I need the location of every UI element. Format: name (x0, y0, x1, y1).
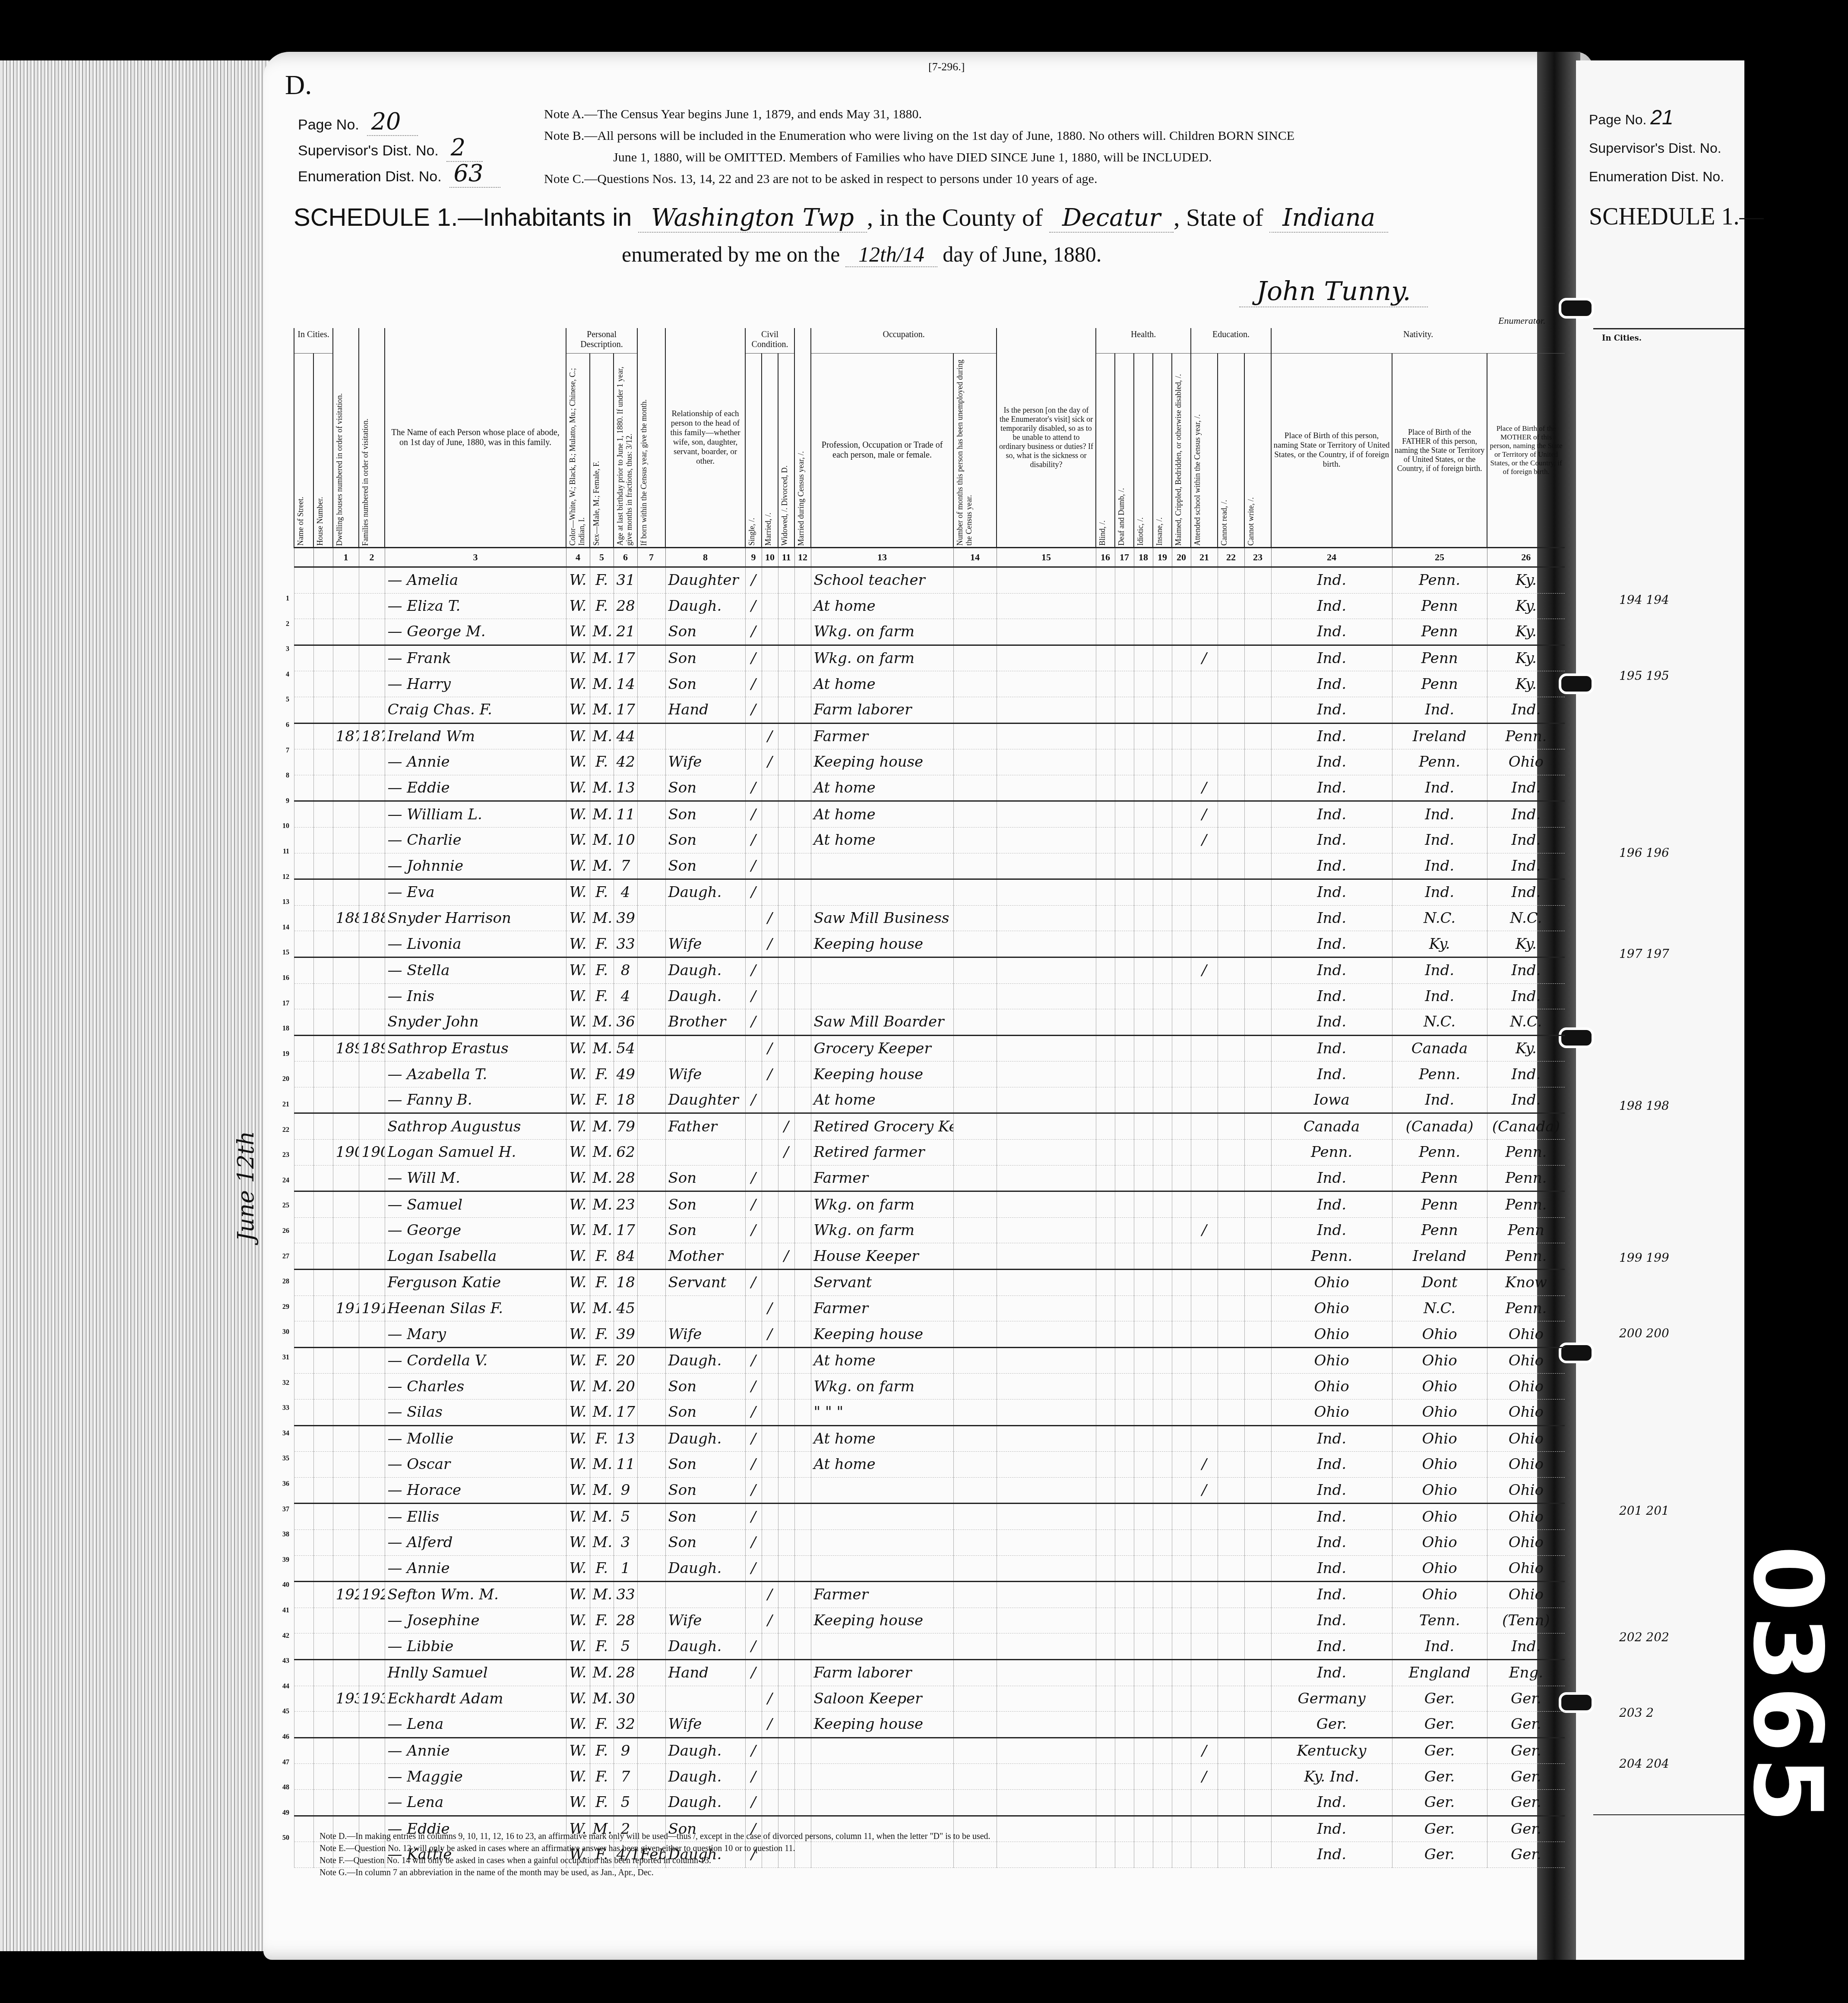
widowed-cell (778, 1165, 794, 1191)
maimed-cell (1172, 983, 1191, 1009)
mother-birth-cell: Ind. (1487, 957, 1565, 983)
cannot-write-cell (1244, 645, 1271, 671)
house-cell (313, 957, 333, 983)
sex-cell: F. (590, 593, 614, 619)
age-cell: 32 (614, 1712, 637, 1738)
age-cell: 11 (614, 801, 637, 828)
occupation-cell: House Keeper (811, 1243, 953, 1270)
dwelling-cell (333, 1217, 359, 1243)
dwelling-cell: 189 (333, 1035, 359, 1062)
insane-cell (1153, 1140, 1172, 1166)
color-cell: W. (566, 1035, 590, 1062)
blind-cell (1096, 1686, 1115, 1712)
married-year-cell (794, 1087, 811, 1113)
idiotic-cell (1134, 1764, 1153, 1790)
maimed-cell (1172, 1764, 1191, 1790)
school-cell (1191, 1529, 1218, 1555)
born-month-cell (637, 1633, 665, 1660)
relationship-cell: Daugh. (665, 957, 745, 983)
header-house: House Number. (313, 354, 333, 548)
house-cell (313, 593, 333, 619)
note-a: Note A.—The Census Year begins June 1, 1… (544, 104, 1494, 125)
father-birth-cell: Penn (1392, 645, 1487, 671)
idiotic-cell (1134, 1686, 1153, 1712)
single-cell: / (745, 801, 762, 828)
school-cell (1191, 1608, 1218, 1633)
table-row: — EvaW.F.4Daugh./Ind.Ind.Ind. (294, 879, 1565, 906)
insane-cell (1153, 671, 1172, 697)
table-row: — JosephineW.F.28Wife/Keeping houseInd.T… (294, 1608, 1565, 1633)
school-cell (1191, 1321, 1218, 1348)
census-table: In Cities. Dwelling houses numbered in o… (294, 328, 1546, 1868)
insane-cell (1153, 1321, 1172, 1348)
relationship-cell: Son (665, 1191, 745, 1218)
married-cell (762, 1789, 778, 1816)
name-cell: — Johnnie (385, 853, 566, 879)
line-number: 14 (276, 924, 289, 932)
mother-birth-cell: Penn. (1487, 1295, 1565, 1321)
married-year-cell (794, 749, 811, 775)
column-number: 9 (745, 548, 762, 567)
name-cell: — Mollie (385, 1425, 566, 1452)
blind-cell (1096, 1712, 1115, 1738)
street-cell (294, 1347, 313, 1374)
house-cell (313, 697, 333, 723)
widowed-cell: / (778, 1243, 794, 1270)
single-cell (745, 749, 762, 775)
unemployed-cell (953, 827, 997, 853)
sick-cell (997, 1425, 1096, 1452)
sick-cell (997, 1764, 1096, 1790)
enum-suffix: day of June, 1880. (943, 242, 1101, 266)
birth-place-cell: Ohio (1271, 1321, 1392, 1348)
adjacent-supervisor-label: Supervisor's Dist. No. (1589, 134, 1724, 162)
school-cell (1191, 1295, 1218, 1321)
sick-cell (997, 853, 1096, 879)
blind-cell (1096, 1165, 1115, 1191)
column-number: 15 (997, 548, 1096, 567)
house-cell (313, 1659, 333, 1686)
color-cell: W. (566, 1686, 590, 1712)
blind-cell (1096, 1764, 1115, 1790)
line-number: 12 (276, 873, 289, 881)
column-number: 7 (637, 548, 665, 567)
birth-place-cell: Ind. (1271, 671, 1392, 697)
name-cell: — Oscar (385, 1452, 566, 1478)
widowed-cell (778, 905, 794, 931)
widowed-cell (778, 931, 794, 957)
married-cell: / (762, 1295, 778, 1321)
family-cell (359, 671, 385, 697)
maimed-cell (1172, 879, 1191, 906)
street-cell (294, 853, 313, 879)
house-cell (313, 1347, 333, 1374)
dwelling-cell (333, 1712, 359, 1738)
deaf-cell (1115, 1582, 1134, 1608)
relationship-cell: Son (665, 1529, 745, 1555)
color-cell: W. (566, 1582, 590, 1608)
idiotic-cell (1134, 957, 1153, 983)
cannot-write-cell (1244, 749, 1271, 775)
idiotic-cell (1134, 1295, 1153, 1321)
birth-place-cell: Ind. (1271, 1789, 1392, 1816)
maimed-cell (1172, 619, 1191, 645)
father-birth-cell: Penn (1392, 1191, 1487, 1218)
maimed-cell (1172, 567, 1191, 594)
maimed-cell (1172, 931, 1191, 957)
sick-cell (997, 1217, 1096, 1243)
married-year-cell (794, 1425, 811, 1452)
column-number: 23 (1244, 548, 1271, 567)
age-cell: 3 (614, 1529, 637, 1555)
street-cell (294, 983, 313, 1009)
dwelling-cell: 187 (333, 723, 359, 749)
mother-birth-cell: (Canada) (1487, 1113, 1565, 1140)
widowed-cell (778, 775, 794, 801)
birth-place-cell: Ind. (1271, 1633, 1392, 1660)
insane-cell (1153, 1374, 1172, 1400)
deaf-cell (1115, 1270, 1134, 1296)
cannot-read-cell (1218, 697, 1244, 723)
unemployed-cell (953, 931, 997, 957)
table-row: — AnnieW.F.42Wife/Keeping houseInd.Penn.… (294, 749, 1565, 775)
occupation-cell: Wkg. on farm (811, 1191, 953, 1218)
father-birth-cell: Penn. (1392, 567, 1487, 594)
table-row: 189189Sathrop ErastusW.M.54/Grocery Keep… (294, 1035, 1565, 1062)
street-cell (294, 645, 313, 671)
single-cell (745, 1295, 762, 1321)
relationship-cell: Son (665, 1374, 745, 1400)
maimed-cell (1172, 775, 1191, 801)
footnote-g: Note G.—In column 7 an abbreviation in t… (320, 1867, 1572, 1879)
sick-cell (997, 905, 1096, 931)
married-cell (762, 1140, 778, 1166)
deaf-cell (1115, 775, 1134, 801)
married-cell (762, 1425, 778, 1452)
house-cell (313, 1738, 333, 1764)
school-cell (1191, 931, 1218, 957)
dwelling-cell (333, 1321, 359, 1348)
single-cell (745, 905, 762, 931)
idiotic-cell (1134, 1035, 1153, 1062)
house-cell (313, 671, 333, 697)
line-number: 7 (276, 747, 289, 755)
birth-place-cell: Ind. (1271, 1504, 1392, 1530)
header-age: Age at last birthday prior to June 1, 18… (614, 354, 637, 548)
sick-cell (997, 1400, 1096, 1426)
mother-birth-cell: Penn. (1487, 1243, 1565, 1270)
unemployed-cell (953, 879, 997, 906)
cannot-read-cell (1218, 1243, 1244, 1270)
name-cell: Heenan Silas F. (385, 1295, 566, 1321)
birth-place-cell: Ind. (1271, 1425, 1392, 1452)
widowed-cell (778, 645, 794, 671)
street-cell (294, 1035, 313, 1062)
column-number: 4 (566, 548, 590, 567)
birth-place-cell: Ind. (1271, 697, 1392, 723)
cannot-write-cell (1244, 801, 1271, 828)
cannot-write-cell (1244, 1633, 1271, 1660)
cannot-write-cell (1244, 671, 1271, 697)
family-cell: 190 (359, 1140, 385, 1166)
birth-place-cell: Ind. (1271, 723, 1392, 749)
family-cell: 191 (359, 1295, 385, 1321)
maimed-cell (1172, 1529, 1191, 1555)
cannot-read-cell (1218, 1270, 1244, 1296)
occupation-cell: At home (811, 593, 953, 619)
married-cell (762, 853, 778, 879)
father-birth-cell: Penn. (1392, 1140, 1487, 1166)
street-cell (294, 1087, 313, 1113)
father-birth-cell: Ger. (1392, 1764, 1487, 1790)
insane-cell (1153, 1087, 1172, 1113)
street-cell (294, 1529, 313, 1555)
line-number: 40 (276, 1581, 289, 1589)
street-cell (294, 775, 313, 801)
widowed-cell (778, 1321, 794, 1348)
dwelling-cell (333, 1477, 359, 1504)
sick-cell (997, 775, 1096, 801)
widowed-cell (778, 853, 794, 879)
occupation-cell: Keeping house (811, 931, 953, 957)
born-month-cell (637, 1452, 665, 1478)
header-unemployed: Number of months this person has been un… (953, 354, 997, 548)
line-number: 11 (276, 848, 289, 856)
line-number: 3 (276, 645, 289, 653)
unemployed-cell (953, 1347, 997, 1374)
school-cell (1191, 1582, 1218, 1608)
street-cell (294, 1712, 313, 1738)
mother-birth-cell: Ky. (1487, 619, 1565, 645)
cannot-read-cell (1218, 1452, 1244, 1478)
color-cell: W. (566, 1400, 590, 1426)
table-row: — George M.W.M.21Son/Wkg. on farmInd.Pen… (294, 619, 1565, 645)
line-number: 16 (276, 974, 289, 982)
cannot-write-cell (1244, 1009, 1271, 1036)
house-cell (313, 1712, 333, 1738)
age-cell: 33 (614, 931, 637, 957)
color-cell: W. (566, 983, 590, 1009)
house-cell (313, 1191, 333, 1218)
relationship-cell: Son (665, 1477, 745, 1504)
born-month-cell (637, 1738, 665, 1764)
frame-stamp: 0365 (1736, 1545, 1839, 1977)
table-row: — EllisW.M.5Son/Ind.OhioOhio (294, 1504, 1565, 1530)
school-cell (1191, 619, 1218, 645)
mother-birth-cell: Ky. (1487, 1035, 1565, 1062)
occupation-cell: Retired Grocery Keeper (811, 1113, 953, 1140)
birth-place-cell: Ind. (1271, 567, 1392, 594)
column-number: 25 (1392, 548, 1487, 567)
header-insane: Insane, /. (1153, 354, 1172, 548)
single-cell (745, 1140, 762, 1166)
house-cell (313, 827, 333, 853)
relationship-cell: Daugh. (665, 1738, 745, 1764)
table-row: — AnnieW.F.9Daugh.//KentuckyGer.Ger. (294, 1738, 1565, 1764)
married-year-cell (794, 1477, 811, 1504)
cannot-write-cell (1244, 1321, 1271, 1348)
idiotic-cell (1134, 1243, 1153, 1270)
sick-cell (997, 983, 1096, 1009)
relationship-cell: Son (665, 1217, 745, 1243)
birth-place-cell: Ind. (1271, 645, 1392, 671)
widowed-cell (778, 723, 794, 749)
relationship-cell (665, 723, 745, 749)
single-cell (745, 1582, 762, 1608)
insane-cell (1153, 1659, 1172, 1686)
dwelling-cell (333, 1270, 359, 1296)
name-cell: — Harry (385, 671, 566, 697)
school-cell (1191, 905, 1218, 931)
single-cell (745, 1608, 762, 1633)
street-cell (294, 1764, 313, 1790)
deaf-cell (1115, 905, 1134, 931)
born-month-cell (637, 1270, 665, 1296)
sex-cell: M. (590, 723, 614, 749)
sick-cell (997, 957, 1096, 983)
cannot-read-cell (1218, 1217, 1244, 1243)
column-number: 26 (1487, 548, 1565, 567)
school-cell (1191, 1140, 1218, 1166)
unemployed-cell (953, 983, 997, 1009)
born-month-cell (637, 1295, 665, 1321)
line-number: 22 (276, 1126, 289, 1134)
school-cell (1191, 853, 1218, 879)
table-row: — FrankW.M.17Son/Wkg. on farm/Ind.PennKy… (294, 645, 1565, 671)
color-cell: W. (566, 1217, 590, 1243)
line-number: 32 (276, 1379, 289, 1387)
sex-cell: F. (590, 1425, 614, 1452)
dwelling-cell (333, 983, 359, 1009)
name-cell: — Fanny B. (385, 1087, 566, 1113)
column-number: 22 (1218, 548, 1244, 567)
born-month-cell (637, 1217, 665, 1243)
widowed-cell (778, 593, 794, 619)
blind-cell (1096, 1452, 1115, 1478)
married-cell (762, 957, 778, 983)
adjacent-schedule-title: SCHEDULE 1.— (1589, 203, 1763, 231)
cannot-write-cell (1244, 1191, 1271, 1218)
color-cell: W. (566, 593, 590, 619)
married-cell (762, 567, 778, 594)
school-cell (1191, 1686, 1218, 1712)
deaf-cell (1115, 1217, 1134, 1243)
insane-cell (1153, 1738, 1172, 1764)
unemployed-cell (953, 1452, 997, 1478)
age-cell: 5 (614, 1633, 637, 1660)
header-health: Health. (1096, 328, 1191, 354)
married-cell (762, 1504, 778, 1530)
footnote-e: Note E.—Question No. 12 will only be ask… (320, 1842, 1572, 1855)
deaf-cell (1115, 593, 1134, 619)
widowed-cell (778, 1009, 794, 1036)
married-year-cell (794, 853, 811, 879)
house-cell (313, 567, 333, 594)
house-cell (313, 1400, 333, 1426)
street-cell (294, 1842, 313, 1868)
insane-cell (1153, 1400, 1172, 1426)
occupation-cell: Wkg. on farm (811, 1374, 953, 1400)
father-birth-cell: Penn. (1392, 1062, 1487, 1087)
table-row: — EddieW.M.13Son/At home/Ind.Ind.Ind. (294, 775, 1565, 801)
street-cell (294, 671, 313, 697)
name-cell: — Inis (385, 983, 566, 1009)
unemployed-cell (953, 1087, 997, 1113)
father-birth-cell: N.C. (1392, 905, 1487, 931)
single-cell (745, 723, 762, 749)
name-cell: — Eliza T. (385, 593, 566, 619)
relationship-cell: Daugh. (665, 1764, 745, 1790)
header-birth-place: Place of Birth of this person, naming St… (1271, 354, 1392, 548)
cannot-read-cell (1218, 879, 1244, 906)
sick-cell (997, 671, 1096, 697)
idiotic-cell (1134, 1789, 1153, 1816)
married-year-cell (794, 1400, 811, 1426)
school-cell (1191, 1425, 1218, 1452)
house-cell (313, 905, 333, 931)
birth-place-cell: Ind. (1271, 1191, 1392, 1218)
married-year-cell (794, 1270, 811, 1296)
dwelling-cell (333, 1243, 359, 1270)
page-no-label: Page No. (298, 117, 359, 133)
line-number: 42 (276, 1632, 289, 1640)
deaf-cell (1115, 879, 1134, 906)
blind-cell (1096, 1529, 1115, 1555)
street-cell (294, 905, 313, 931)
sex-cell: F. (590, 1270, 614, 1296)
maimed-cell (1172, 1582, 1191, 1608)
deaf-cell (1115, 1789, 1134, 1816)
family-cell (359, 1425, 385, 1452)
mother-birth-cell: Ohio (1487, 1452, 1565, 1478)
birth-place-cell: Ind. (1271, 1452, 1392, 1478)
line-number: 19 (276, 1050, 289, 1058)
relationship-cell: Son (665, 827, 745, 853)
family-cell (359, 775, 385, 801)
married-cell (762, 1529, 778, 1555)
married-year-cell (794, 1140, 811, 1166)
age-cell: 23 (614, 1191, 637, 1218)
family-cell: 187 (359, 723, 385, 749)
birth-place-cell: Ind. (1271, 983, 1392, 1009)
mother-birth-cell: N.C. (1487, 905, 1565, 931)
unemployed-cell (953, 957, 997, 983)
cannot-write-cell (1244, 1712, 1271, 1738)
sick-cell (997, 1374, 1096, 1400)
idiotic-cell (1134, 1347, 1153, 1374)
relationship-cell: Daugh. (665, 1555, 745, 1582)
column-number (294, 548, 313, 567)
mother-birth-cell: Ger. (1487, 1764, 1565, 1790)
mother-birth-cell: Ind. (1487, 1087, 1565, 1113)
name-cell: — Maggie (385, 1764, 566, 1790)
idiotic-cell (1134, 853, 1153, 879)
married-year-cell (794, 1738, 811, 1764)
idiotic-cell (1134, 1062, 1153, 1087)
sick-cell (997, 1295, 1096, 1321)
married-cell (762, 645, 778, 671)
school-cell (1191, 697, 1218, 723)
married-cell (762, 1191, 778, 1218)
color-cell: W. (566, 1633, 590, 1660)
sick-cell (997, 1789, 1096, 1816)
deaf-cell (1115, 1686, 1134, 1712)
deaf-cell (1115, 1062, 1134, 1087)
blind-cell (1096, 1270, 1115, 1296)
widowed-cell (778, 1738, 794, 1764)
insane-cell (1153, 1425, 1172, 1452)
born-month-cell (637, 1555, 665, 1582)
